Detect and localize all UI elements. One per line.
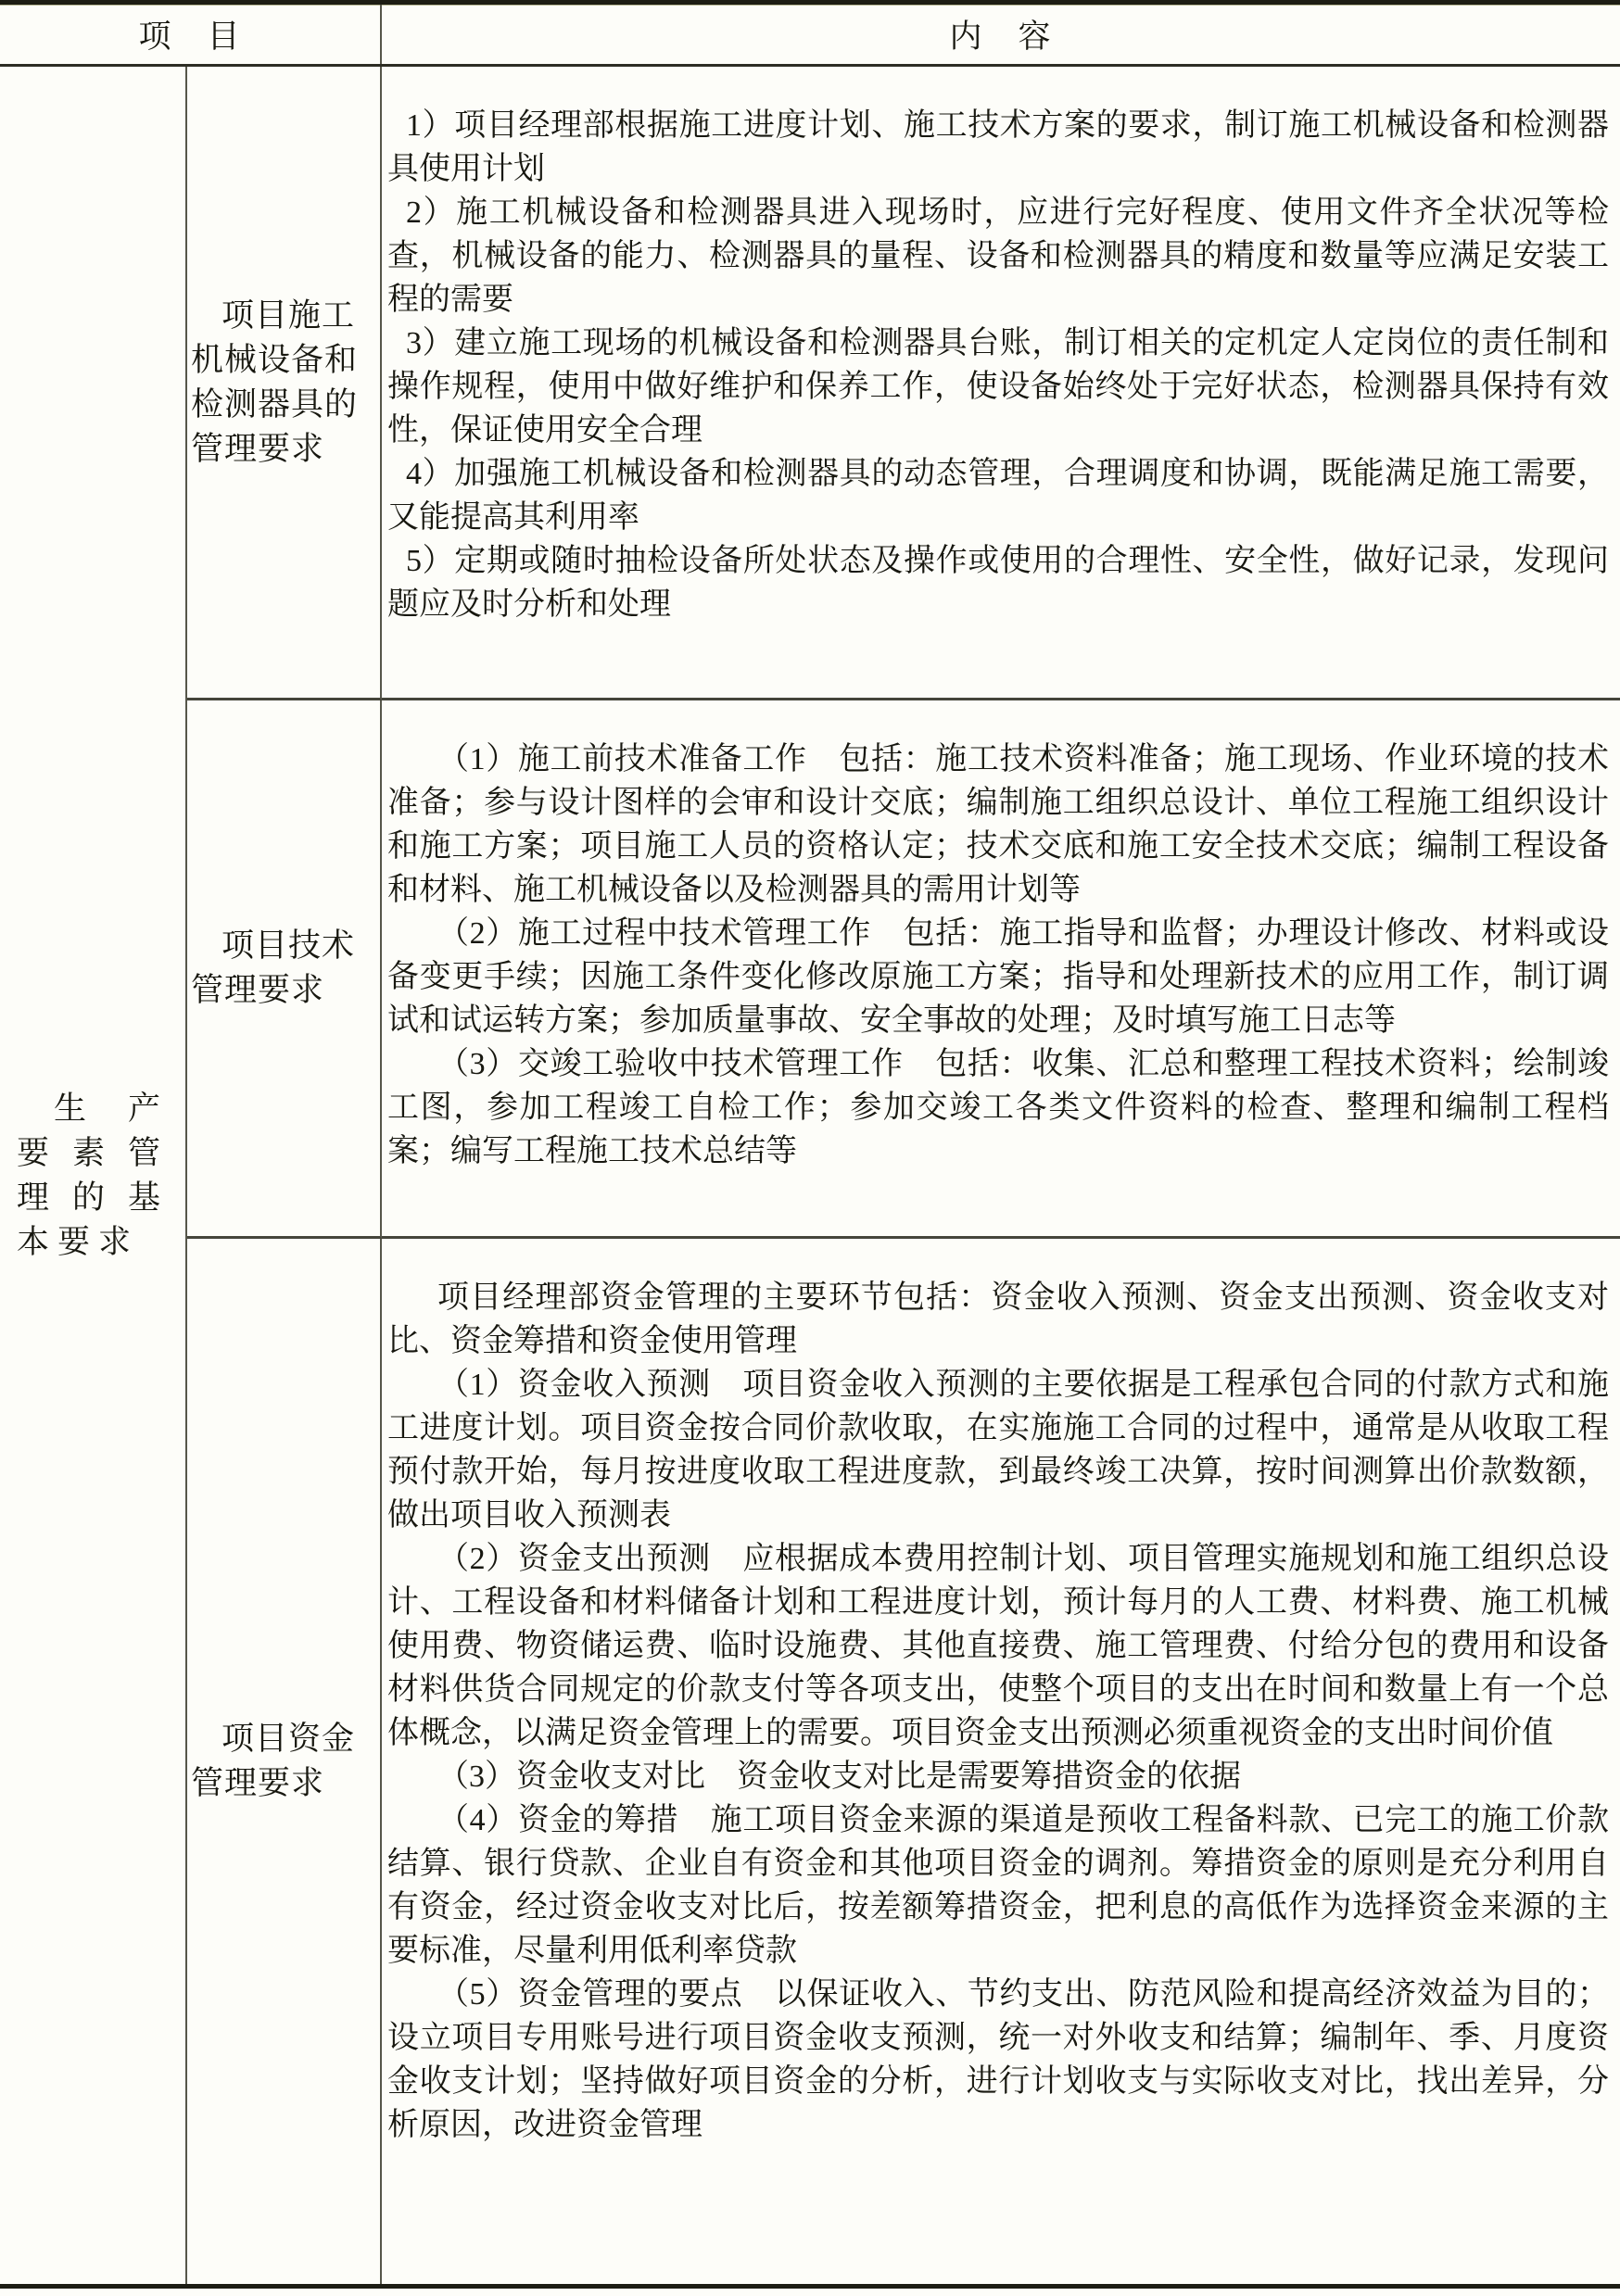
content-paragraph: 3）建立施工现场的机械设备和检测器具台账，制订相关的定机定人定岗位的责任制和操作… bbox=[387, 322, 1609, 452]
content-paragraph: 4）加强施工机械设备和检测器具的动态管理，合理调度和协调，既能满足施工需要，又能… bbox=[387, 452, 1609, 539]
row-label-cell-technical: 项目技术管理要求 bbox=[187, 700, 382, 1239]
row-label-machinery: 项目施工机械设备和检测器具的管理要求 bbox=[191, 294, 376, 472]
content-paragraph: 项目经理部资金管理的主要环节包括：资金收入预测、资金支出预测、资金收支对比、资金… bbox=[387, 1276, 1609, 1363]
content-paragraph: 1）项目经理部根据施工进度计划、施工技术方案的要求，制订施工机械设备和检测器具使… bbox=[387, 104, 1609, 191]
row-label-cell-funds: 项目资金管理要求 bbox=[187, 1239, 382, 2284]
header-cell-content: 内 容 bbox=[382, 5, 1620, 64]
group-label: 生产要素管理的基本要求 bbox=[17, 1087, 169, 1265]
content-paragraph: （3）交竣工验收中技术管理工作 包括：收集、汇总和整理工程技术资料；绘制竣工图，… bbox=[387, 1042, 1609, 1173]
table-body: 生产要素管理的基本要求 项目施工机械设备和检测器具的管理要求 1）项目经理部根据… bbox=[0, 67, 1620, 2284]
header-cell-item: 项 目 bbox=[0, 5, 382, 64]
content-paragraph: 2）施工机械设备和检测器具进入现场时，应进行完好程度、使用文件齐全状况等检查，机… bbox=[387, 191, 1609, 322]
content-paragraph: （1）施工前技术准备工作 包括：施工技术资料准备；施工现场、作业环境的技术准备；… bbox=[387, 738, 1609, 912]
content-paragraph: （2）资金支出预测 应根据成本费用控制计划、项目管理实施规划和施工组织总设计、工… bbox=[387, 1537, 1609, 1755]
content-paragraph: （4）资金的筹措 施工项目资金来源的渠道是预收工程备料款、已完工的施工价款结算、… bbox=[387, 1798, 1609, 1973]
row-label-technical: 项目技术管理要求 bbox=[191, 924, 376, 1013]
content-paragraph: （5）资金管理的要点 以保证收入、节约支出、防范风险和提高经济效益为目的；设立项… bbox=[387, 1973, 1609, 2147]
row-content-technical: （1）施工前技术准备工作 包括：施工技术资料准备；施工现场、作业环境的技术准备；… bbox=[382, 700, 1620, 1239]
group-label-cell: 生产要素管理的基本要求 bbox=[0, 67, 187, 2284]
row-label-funds: 项目资金管理要求 bbox=[191, 1717, 376, 1806]
row-content-machinery: 1）项目经理部根据施工进度计划、施工技术方案的要求，制订施工机械设备和检测器具使… bbox=[382, 67, 1620, 700]
document-page: 项 目 内 容 生产要素管理的基本要求 项目施工机械设备和检测器具的管理要求 1… bbox=[0, 0, 1620, 2296]
content-paragraph: 5）定期或随时抽检设备所处状态及操作或使用的合理性、安全性，做好记录，发现问题应… bbox=[387, 539, 1609, 626]
content-paragraph: （1）资金收入预测 项目资金收入预测的主要依据是工程承包合同的付款方式和施工进度… bbox=[387, 1363, 1609, 1537]
content-paragraph: （2）施工过程中技术管理工作 包括：施工指导和监督；办理设计修改、材料或设备变更… bbox=[387, 912, 1609, 1042]
requirements-table: 项 目 内 容 生产要素管理的基本要求 项目施工机械设备和检测器具的管理要求 1… bbox=[0, 0, 1620, 2289]
table-header-row: 项 目 内 容 bbox=[0, 5, 1620, 67]
row-content-funds: 项目经理部资金管理的主要环节包括：资金收入预测、资金支出预测、资金收支对比、资金… bbox=[382, 1239, 1620, 2284]
content-paragraph: （3）资金收支对比 资金收支对比是需要筹措资金的依据 bbox=[387, 1755, 1609, 1798]
row-label-cell-machinery: 项目施工机械设备和检测器具的管理要求 bbox=[187, 67, 382, 700]
